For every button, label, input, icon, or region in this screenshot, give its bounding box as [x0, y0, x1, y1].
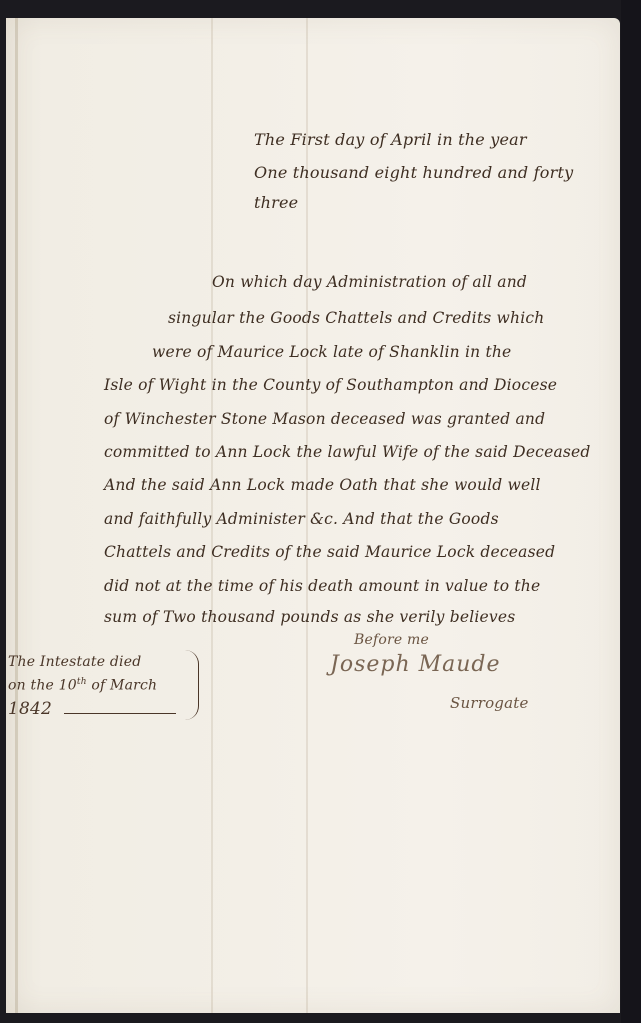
body-line-4: Isle of Wight in the County of Southampt…	[104, 376, 557, 394]
attestation-title: Surrogate	[450, 694, 529, 712]
margin-note-line-3: 1842	[8, 699, 52, 719]
body-line-7: And the said Ann Lock made Oath that she…	[104, 476, 541, 494]
body-line-6: committed to Ann Lock the lawful Wife of…	[104, 443, 591, 461]
body-line-10: did not at the time of his death amount …	[104, 577, 540, 595]
scanner-background	[621, 0, 641, 1023]
body-line-2: singular the Goods Chattels and Credits …	[168, 309, 544, 327]
surrogate-signature: Joseph Maude	[330, 652, 501, 677]
date-heading-line-1: The First day of April in the year	[254, 130, 527, 149]
body-line-1: On which day Administration of all and	[212, 273, 527, 291]
margin-note-brace	[180, 650, 199, 720]
body-line-8: and faithfully Administer &c. And that t…	[104, 510, 499, 528]
body-line-11: sum of Two thousand pounds as she verily…	[104, 608, 515, 626]
margin-note-line-2: on the 10th of March	[8, 677, 157, 694]
page-fold-left	[15, 18, 18, 1013]
attestation-before: Before me	[354, 632, 429, 648]
margin-note-rule	[64, 713, 176, 714]
body-line-5: of Winchester Stone Mason deceased was g…	[104, 410, 545, 428]
margin-note-line-1: The Intestate died	[8, 654, 141, 670]
date-heading-line-2: One thousand eight hundred and forty	[254, 163, 573, 182]
body-line-9: Chattels and Credits of the said Maurice…	[104, 543, 555, 561]
body-line-3: were of Maurice Lock late of Shanklin in…	[152, 343, 511, 361]
date-heading-line-3: three	[254, 193, 298, 212]
